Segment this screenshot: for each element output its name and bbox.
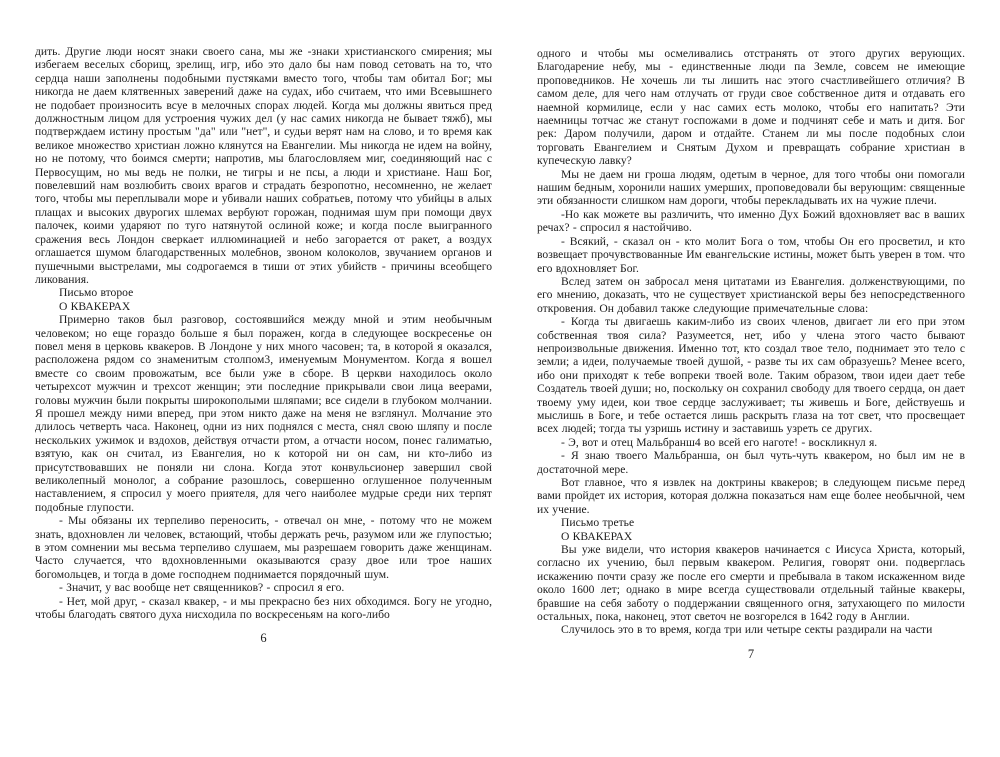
paragraph: - Всякий, - сказал он - кто молит Бога о…	[537, 235, 965, 275]
paragraph: Письмо второе	[35, 286, 492, 299]
paragraph: - Мы обязаны их терпеливо переносить, - …	[35, 514, 492, 581]
left-page: дить. Другие люди носят знаки своего сан…	[35, 0, 492, 645]
paragraph: О КВАКЕРАХ	[35, 300, 492, 313]
paragraph: Письмо третье	[537, 516, 965, 529]
paragraph: - Значит, у вас вообще нет священников? …	[35, 581, 492, 594]
left-page-text: дить. Другие люди носят знаки своего сан…	[35, 45, 492, 621]
paragraph: Вы уже видели, что история квакеров начи…	[537, 543, 965, 623]
paragraph: О КВАКЕРАХ	[537, 530, 965, 543]
book-spread: дить. Другие люди носят знаки своего сан…	[0, 0, 1000, 757]
paragraph: - Э, вот и отец Мальбранш4 во всей его н…	[537, 436, 965, 449]
right-page: одного и чтобы мы осмеливались отстранят…	[537, 0, 965, 661]
paragraph: дить. Другие люди носят знаки своего сан…	[35, 45, 492, 286]
paragraph: одного и чтобы мы осмеливались отстранят…	[537, 47, 965, 168]
right-page-text: одного и чтобы мы осмеливались отстранят…	[537, 47, 965, 637]
paragraph: -Но как можете вы различить, что именно …	[537, 208, 965, 235]
left-page-number: 6	[35, 631, 492, 645]
paragraph: Примерно таков был разговор, состоявшийс…	[35, 313, 492, 514]
right-page-number: 7	[537, 647, 965, 661]
paragraph: - Когда ты двигаешь каким-либо из своих …	[537, 315, 965, 436]
paragraph: Случилось это в то время, когда три или …	[537, 623, 965, 636]
paragraph: Вслед затем он забросал меня цитатами из…	[537, 275, 965, 315]
paragraph: Вот главное, что я извлек на доктрины кв…	[537, 476, 965, 516]
paragraph: - Я знаю твоего Мальбранша, он был чуть-…	[537, 449, 965, 476]
paragraph: - Нет, мой друг, - сказал квакер, - и мы…	[35, 595, 492, 622]
paragraph: Мы не даем ни гроша людям, одетым в черн…	[537, 168, 965, 208]
